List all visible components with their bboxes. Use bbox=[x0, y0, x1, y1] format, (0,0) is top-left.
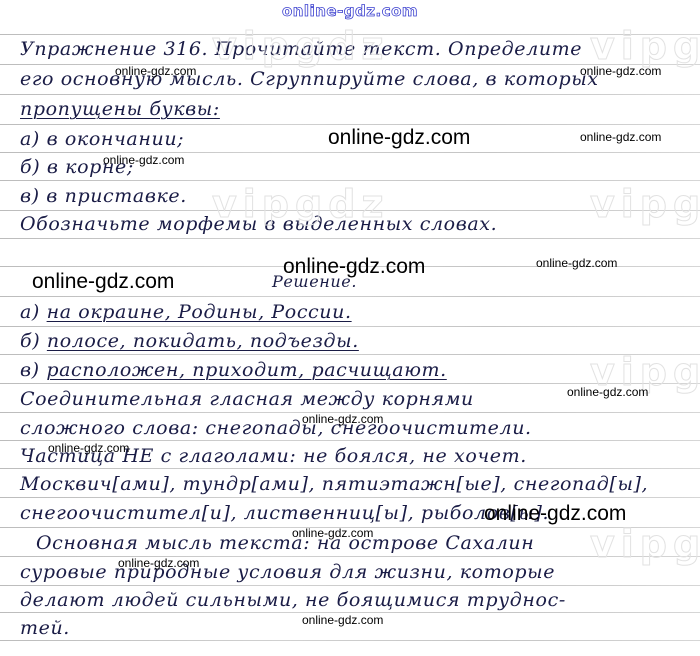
watermark: online-gdz.com bbox=[536, 256, 617, 270]
group-c-label: в) bbox=[20, 359, 40, 381]
group-c-words: расположен, приходит, расчищают. bbox=[46, 359, 446, 381]
group-b-label: б) bbox=[20, 330, 40, 352]
task-line-3: пропущены буквы: bbox=[20, 98, 220, 120]
notebook-page: vipgdz vipgdz vipgdz vipgdz vipgdz vipgd… bbox=[0, 0, 700, 656]
ghost-watermark: vipgdz bbox=[590, 24, 700, 68]
watermark: online-gdz.com bbox=[48, 441, 129, 455]
ruled-line bbox=[0, 180, 700, 181]
main-idea-line-2: суровые природные условия для жизни, кот… bbox=[20, 561, 555, 583]
ruled-line bbox=[0, 468, 700, 469]
ghost-watermark: vipgdz bbox=[590, 522, 700, 566]
ghost-watermark: vipgdz bbox=[212, 24, 390, 68]
watermark: online-gdz.com bbox=[567, 385, 648, 399]
watermark: online-gdz.com bbox=[302, 613, 383, 627]
ruled-line bbox=[0, 94, 700, 95]
task-line-3-text: пропущены буквы: bbox=[20, 98, 220, 120]
watermark: online-gdz.com bbox=[115, 64, 196, 78]
morphemes-line-1: Москвич[ами], тундр[ами], пятиэтажн[ые],… bbox=[20, 473, 648, 495]
group-b: б) полосе, покидать, подъезды. bbox=[20, 330, 359, 352]
task-line-2: его основную мысль. Сгруппируйте слова, … bbox=[20, 68, 599, 90]
watermark: online-gdz.com bbox=[103, 153, 184, 167]
main-idea-line-1: Основная мысль текста: на острове Сахали… bbox=[36, 532, 534, 554]
ruled-line bbox=[0, 326, 700, 327]
ruled-line bbox=[0, 238, 700, 239]
ruled-line bbox=[0, 497, 700, 498]
watermark: online-gdz.com bbox=[302, 412, 383, 426]
group-a-words: на окраине, Родины, России. bbox=[47, 301, 352, 323]
task-line-6: в) в приставке. bbox=[20, 185, 187, 207]
watermark: online-gdz.com bbox=[283, 255, 425, 279]
group-a-label: а) bbox=[20, 301, 40, 323]
watermark: online-gdz.com bbox=[292, 526, 373, 540]
connecting-vowel-line-2: сложного слова: снегопады, снегоочистите… bbox=[20, 417, 532, 439]
watermark: online-gdz.com bbox=[328, 126, 470, 150]
watermark: online-gdz.com bbox=[32, 270, 174, 294]
main-idea-line-4: тей. bbox=[20, 617, 70, 639]
group-b-words: полосе, покидать, подъезды. bbox=[47, 330, 359, 352]
group-c: в) расположен, приходит, расчищают. bbox=[20, 359, 447, 381]
group-a: а) на окраине, Родины, России. bbox=[20, 301, 352, 323]
watermark: online-gdz.com bbox=[484, 502, 626, 526]
watermark: online-gdz.com bbox=[580, 64, 661, 78]
ghost-watermark: vipgdz bbox=[590, 182, 700, 226]
main-idea-line-3: делают людей сильными, не боящимися труд… bbox=[20, 589, 566, 611]
ruled-line bbox=[0, 640, 700, 641]
watermark: online-gdz.com bbox=[118, 556, 199, 570]
task-line-4: а) в окончании; bbox=[20, 128, 184, 150]
ghost-watermark: vipgdz bbox=[212, 182, 390, 226]
ruled-line bbox=[0, 124, 700, 125]
ruled-line bbox=[0, 585, 700, 586]
morphemes-line-2: снегоочистител[и], лиственниц[ы], рыболо… bbox=[20, 502, 549, 524]
watermark: online-gdz.com bbox=[580, 130, 661, 144]
connecting-vowel-line-1: Соединительная гласная между корнями bbox=[20, 388, 474, 410]
ruled-line bbox=[0, 296, 700, 297]
